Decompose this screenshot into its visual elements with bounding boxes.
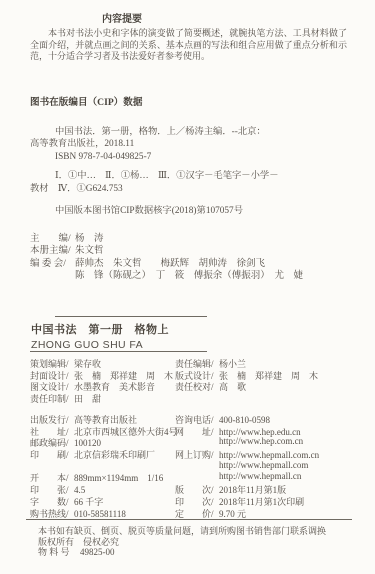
title-section: 中国书法 第一册 格物上 ZHONG GUO SHU FA [31,321,169,351]
chief-editor-row: 主 编/杨 涛 [30,230,360,242]
field-value: 北京信彩瑞禾印刷厂 [74,450,155,460]
field-value: 4.5 [74,485,85,495]
pub-row-wordcount-printing: 字 数/66 千字 印 次/2018年11月第1次印刷 [30,495,360,507]
abstract-heading: 内容提要 [102,14,347,25]
divider-line-middle [30,351,207,352]
cip-heading: 图书在版编目（CIP）数据 [30,97,347,110]
material-number-label: 物 料 号 [38,547,80,558]
pub-row-hotline-price: 购书热线/010-58581118 定 价/9.70 元 [30,507,360,519]
field-value: 北京市西城区德外大街4号 [74,427,178,437]
pub-row-sheets-edition: 印 张/4.5 版 次/2018年11月第1版 [30,483,360,495]
field-value: 陈 锋（陈砚之） 丁 筱 傅振余（傅振羽） 尤 婕 [75,271,303,281]
field-value: http://www.hepmall.cn [219,471,301,481]
divider-line-bottom [26,519,352,520]
field-value: 400-810-0598 [219,415,270,425]
field-value: http://www.hep.edu.cn [219,427,301,437]
field-value: http://www.hepmall.com.cn [219,450,319,460]
field-label: 购书热线/ [30,507,74,520]
cip-record-line2: 高等教育出版社，2018.11 [30,138,347,151]
credits-section: 策划编辑/梁存收 责任编辑/杨小兰 封面设计/张 楠 郑祥建 周 木 版式设计/… [30,357,360,404]
field-value: 张 楠 郑祥建 周 木 [219,371,318,381]
field-value: 高 歌 [219,382,246,392]
abstract-section: 内容提要 本书对书法小史和字体的演变做了简要概述，就腕执笔方法、工具材料做了全面… [30,14,347,63]
pub-right-cell: http://www.hepmall.cn [175,471,301,481]
field-value: http://www.hepmall.com [219,460,308,470]
field-value: 2018年11月第1次印刷 [219,497,304,507]
credits-row-2: 封面设计/张 楠 郑祥建 周 木 版式设计/张 楠 郑祥建 周 木 [30,369,360,381]
footer-section: 本书如有缺页、倒页、脱页等质量问题，请到所购图书销售部门联系调换 版权所有 侵权… [38,526,326,558]
credits-right-cell [175,392,219,402]
field-value: 2018年11月第1版 [219,485,286,495]
field-value: 水墨教育 美术影音 [74,382,155,392]
credits-row-1: 策划编辑/梁存收 责任编辑/杨小兰 [30,357,360,369]
field-value: 889mm×1194mm 1/16 [74,473,163,483]
copyright-notice: 版权所有 侵权必究 [38,537,326,548]
field-value: http://www.hep.com.cn [219,436,303,446]
field-value: 100120 [74,438,101,448]
field-label: 定 价/ [175,507,219,520]
field-value: 张 楠 郑祥建 周 木 [74,371,173,381]
cip-record: 中国书法．第一册，格物．上／杨涛主编．--北京： 高等教育出版社，2018.11… [30,126,347,164]
pub-right-cell: http://www.hep.com.cn [175,436,303,446]
cip-classification: Ⅰ．①中… Ⅱ．①杨… Ⅲ．①汉字－毛笔字－小学－ 教材 Ⅳ．①G624.753 [30,170,347,195]
pub-row-format: 开 本/889mm×1194mm 1/16 http://www.hepmall… [30,471,360,483]
field-value: 010-58581118 [74,509,126,519]
field-label: 责任印制/ [30,392,74,405]
cip-class-line1: Ⅰ．①中… Ⅱ．①杨… Ⅲ．①汉字－毛笔字－小学－ [30,170,347,183]
pub-row-publisher: 出版发行/高等教育出版社 咨询电话/400-810-0598 [30,413,360,425]
field-value: 梁存收 [74,359,101,369]
field-value: 66 千字 [74,497,103,507]
pub-row-address: 社 址/北京市西城区德外大街4号 网 址/http://www.hep.edu.… [30,425,360,437]
quality-notice: 本书如有缺页、倒页、脱页等质量问题，请到所购图书销售部门联系调换 [38,526,326,537]
pub-right-cell: 定 价/9.70 元 [175,507,246,520]
pub-row-printer: 印 刷/北京信彩瑞禾印刷厂 网上订购/http://www.hepmall.co… [30,448,360,460]
material-number-row: 物 料 号49825-00 [38,547,326,558]
field-value: 田 甜 [74,394,101,404]
editors-section: 主 编/杨 涛 本册主编/朱文哲 编 委 会/薛帅杰 朱文哲 梅跃辉 胡帅涛 徐… [30,230,360,279]
cip-record-line1: 中国书法．第一册，格物．上／杨涛主编．--北京： [30,126,347,139]
editorial-board-row: 编 委 会/薛帅杰 朱文哲 梅跃辉 胡帅涛 徐剑飞 [30,255,360,267]
pub-row-postcode: 邮政编码/100120 http://www.hep.com.cn [30,436,360,448]
editorial-board-row-2: 陈 锋（陈砚之） 丁 筱 傅振余（傅振羽） 尤 婕 [30,267,360,279]
divider-line-top [55,316,207,317]
book-title-pinyin: ZHONG GUO SHU FA [31,339,169,351]
credits-row-4: 责任印制/田 甜 [30,392,360,404]
volume-editor-row: 本册主编/朱文哲 [30,242,360,254]
cip-class-line2: 教材 Ⅳ．①G624.753 [30,183,347,196]
field-value: 高等教育出版社 [74,415,137,425]
abstract-body: 本书对书法小史和字体的演变做了简要概述，就腕执笔方法、工具材料做了全面介绍，并就… [30,28,347,62]
credits-row-3: 图文设计/水墨教育 美术影音 责任校对/高 歌 [30,380,360,392]
cip-section: 图书在版编目（CIP）数据 中国书法．第一册，格物．上／杨涛主编．--北京： 高… [30,97,347,218]
publication-info-section: 出版发行/高等教育出版社 咨询电话/400-810-0598 社 址/北京市西城… [30,413,360,518]
field-value: 杨小兰 [219,359,246,369]
book-copyright-page: 内容提要 本书对书法小史和字体的演变做了简要概述，就腕执笔方法、工具材料做了全面… [0,0,375,574]
pub-right-cell: http://www.hepmall.com [175,460,308,470]
pub-row-url: http://www.hepmall.com [30,460,360,472]
isbn-line: ISBN 978-7-04-049825-7 [30,151,347,164]
book-title-chinese: 中国书法 第一册 格物上 [31,321,169,337]
material-number-value: 49825-00 [80,547,115,557]
field-value: 9.70 元 [219,509,246,519]
cip-registry-number: 中国版本图书馆CIP数据核字(2018)第107057号 [30,205,347,218]
